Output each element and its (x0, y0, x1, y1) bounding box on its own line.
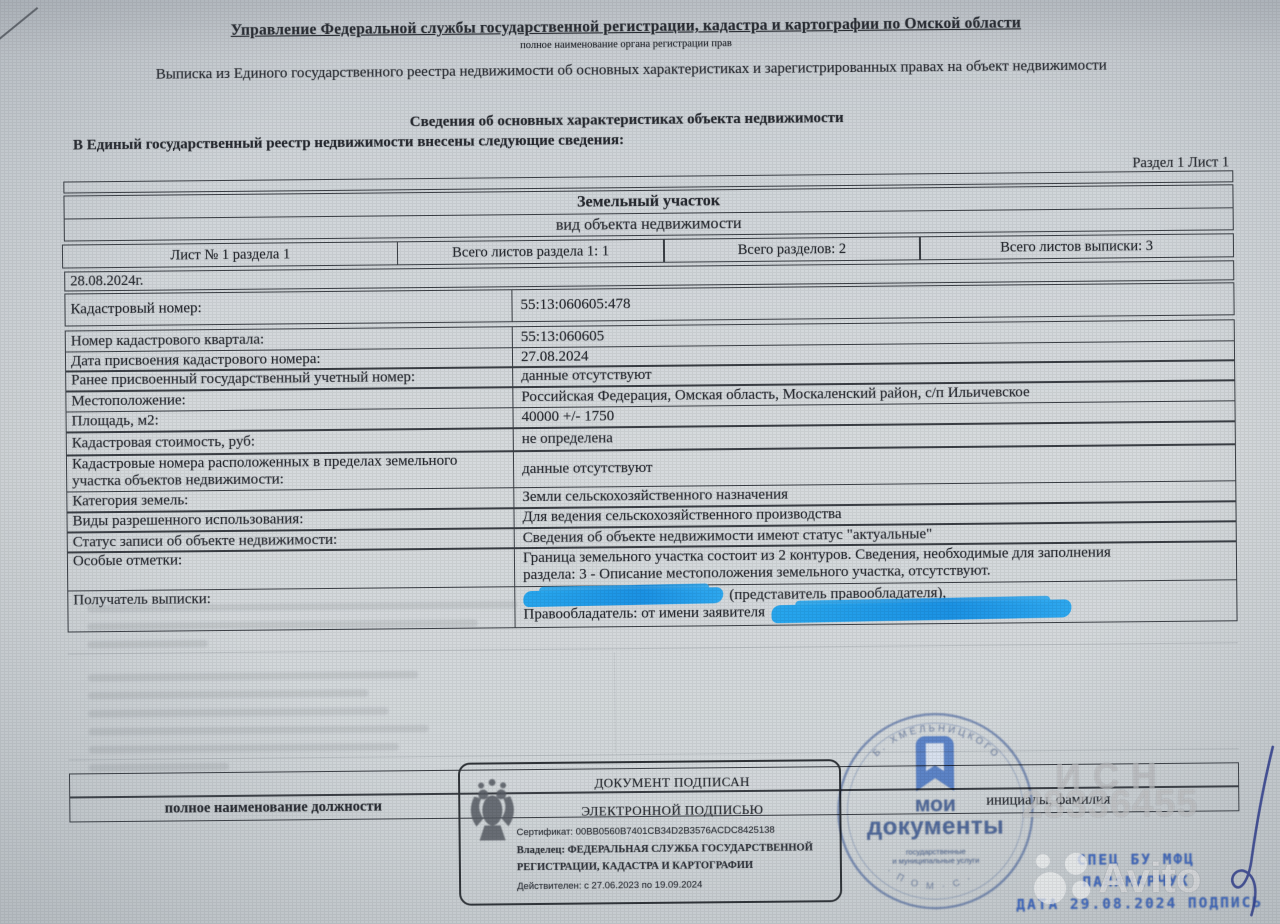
brand-line2: документы (833, 814, 1037, 840)
avito-logo-icon (1032, 848, 1093, 911)
attr-value: 55:13:060605:478 (512, 290, 1233, 316)
estamp-owner-line1: Владелец: ФЕДЕРАЛЬНАЯ СЛУЖБА ГОСУДАРСТВЕ… (517, 842, 837, 856)
estamp-line2: ЭЛЕКТРОННОЙ ПОДПИСЬЮ (522, 801, 822, 820)
document-title: Выписка из Единого государственного реес… (36, 56, 1226, 84)
estamp-validity: Действителен: с 27.06.2023 по 19.09.2024 (517, 878, 837, 892)
estamp-line1: ДОКУМЕНТ ПОДПИСАН (522, 773, 822, 792)
intro-line: В Единый государственный реестр недвижим… (73, 132, 624, 154)
sheet-cell: Всего листов выписки: 3 (919, 233, 1234, 260)
svg-text:· П О М · С ·: · П О М · С · (884, 865, 975, 893)
pen-stroke-top-left (0, 6, 56, 57)
estamp-certificate: Сертификат: 00BB0560B7401CB34D2B3576ACDC… (517, 824, 837, 838)
esignature-stamp: ДОКУМЕНТ ПОДПИСАН ЭЛЕКТРОННОЙ ПОДПИСЬЮ С… (458, 759, 842, 906)
avito-watermark: Avito (1032, 847, 1202, 911)
sheet-cell: Лист № 1 раздела 1 (62, 241, 398, 268)
section-title: Сведения об основных характеристиках объ… (107, 107, 1147, 134)
attr-value: данные отсутствуют (514, 453, 1235, 479)
round-stamp-arc-bottom: · П О М · С · (884, 865, 975, 893)
coat-of-arms-eagle-icon (468, 778, 517, 844)
watermark-digits: 28336455 (1021, 783, 1198, 828)
my-documents-subtitle: государственные и муниципальные услуги (834, 846, 1038, 866)
attr-label: Особые отметки: (68, 549, 515, 591)
attr-label: Кадастровый номер: (65, 291, 512, 326)
attr-value: Граница земельного участка состоит из 2 … (515, 543, 1175, 585)
sheet-cell: Всего листов раздела 1: 1 (397, 239, 665, 266)
main-table: Земельный участок вид объекта недвижимос… (63, 170, 1237, 632)
my-documents-logo-icon (912, 735, 959, 795)
mfc-round-stamp: Б. ХМЕЛЬНИЦКОГО · П О М · С · мои докуме… (832, 708, 1038, 914)
sheet-cell: Всего разделов: 2 (663, 236, 921, 262)
handwritten-signature (1203, 739, 1280, 920)
position-caption: полное наименование должности (123, 798, 423, 818)
my-documents-wordmark: мои документы (833, 794, 1037, 840)
attributes: Кадастровый номер: 55:13:060605:478 Номе… (64, 283, 1237, 633)
estamp-owner-line2: РЕГИСТРАЦИИ, КАДАСТРА И КАРТОГРАФИИ (517, 859, 837, 873)
redaction-bar (771, 600, 1071, 624)
attr-label: Кадастровые номера расположенных в преде… (67, 451, 514, 491)
avito-wordmark: Avito (1098, 854, 1202, 903)
document-photo: Управление Федеральной службы государств… (0, 0, 1280, 924)
document-sheet: Управление Федеральной службы государств… (0, 0, 1280, 924)
object-type-box: Земельный участок вид объекта недвижимос… (63, 184, 1233, 241)
